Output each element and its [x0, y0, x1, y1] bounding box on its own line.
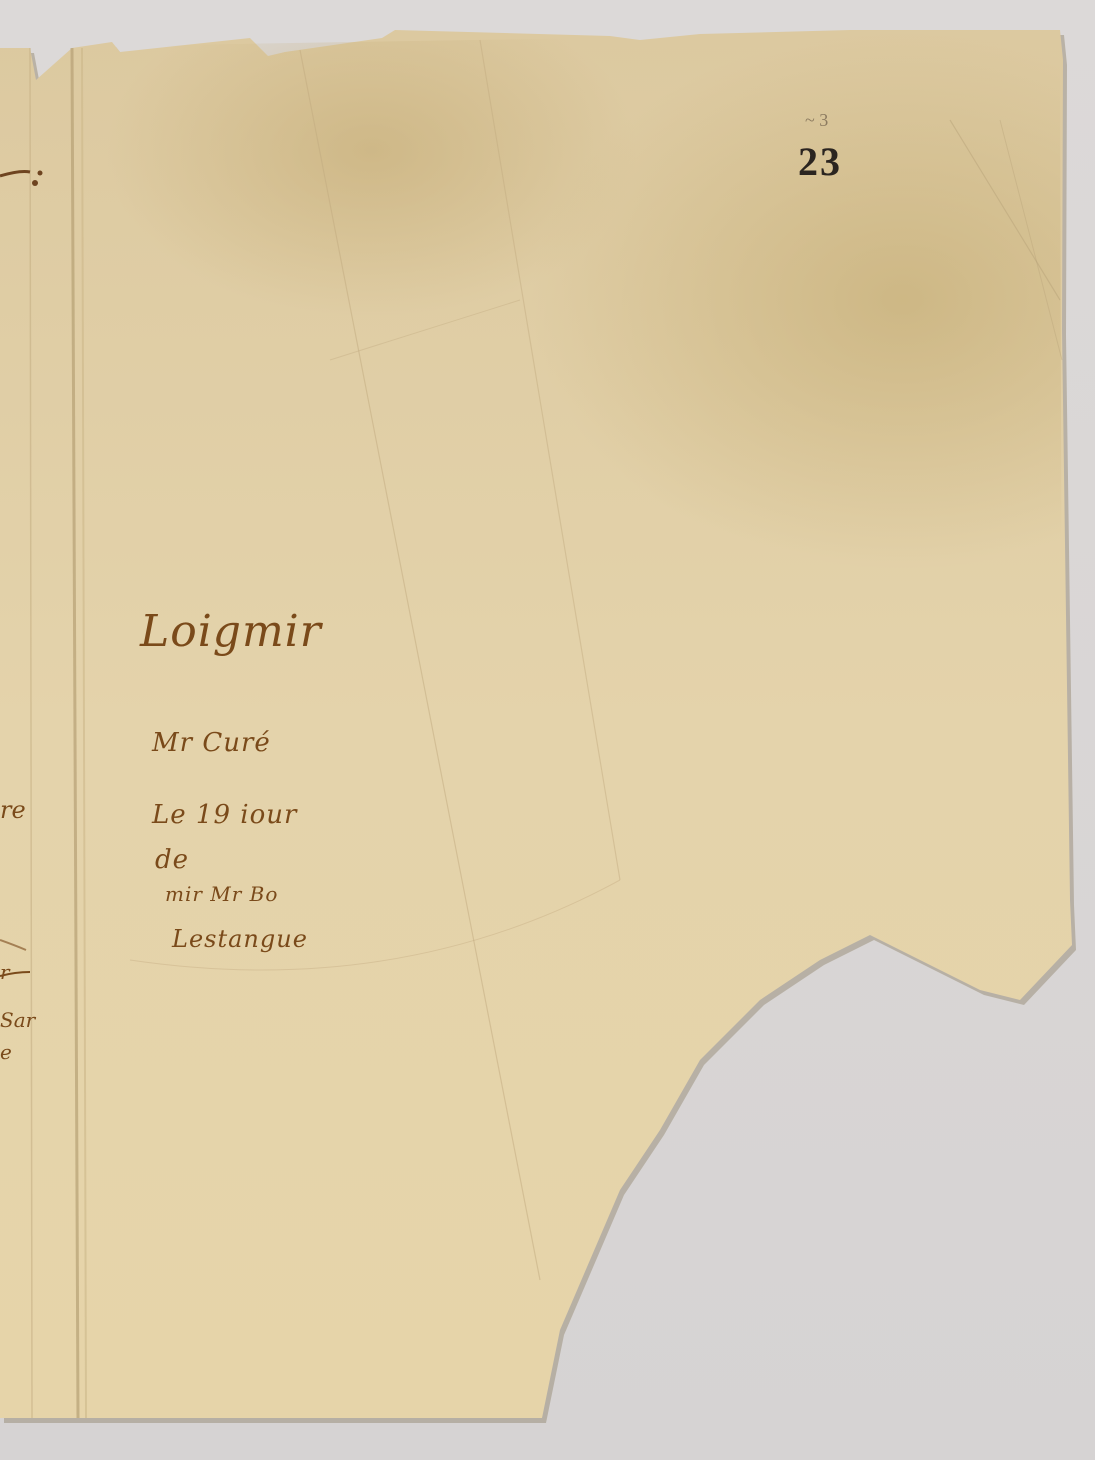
de-line: de: [155, 845, 189, 875]
fragment-4: e: [0, 1040, 12, 1064]
fragment-3: Sar: [0, 1008, 35, 1032]
title-line: Mr Curé: [152, 728, 271, 758]
place-name: Loigmir: [140, 606, 322, 657]
fragment-2: r: [0, 960, 10, 984]
date-line: Le 19 iour: [152, 800, 297, 830]
folio-overwritten-mark: ~ 3: [805, 110, 828, 131]
fragment-1: re: [0, 796, 26, 824]
month-line: mir Mr Bo: [165, 882, 278, 906]
signature: Lestangue: [172, 925, 308, 953]
folio-number: 23: [798, 138, 842, 185]
